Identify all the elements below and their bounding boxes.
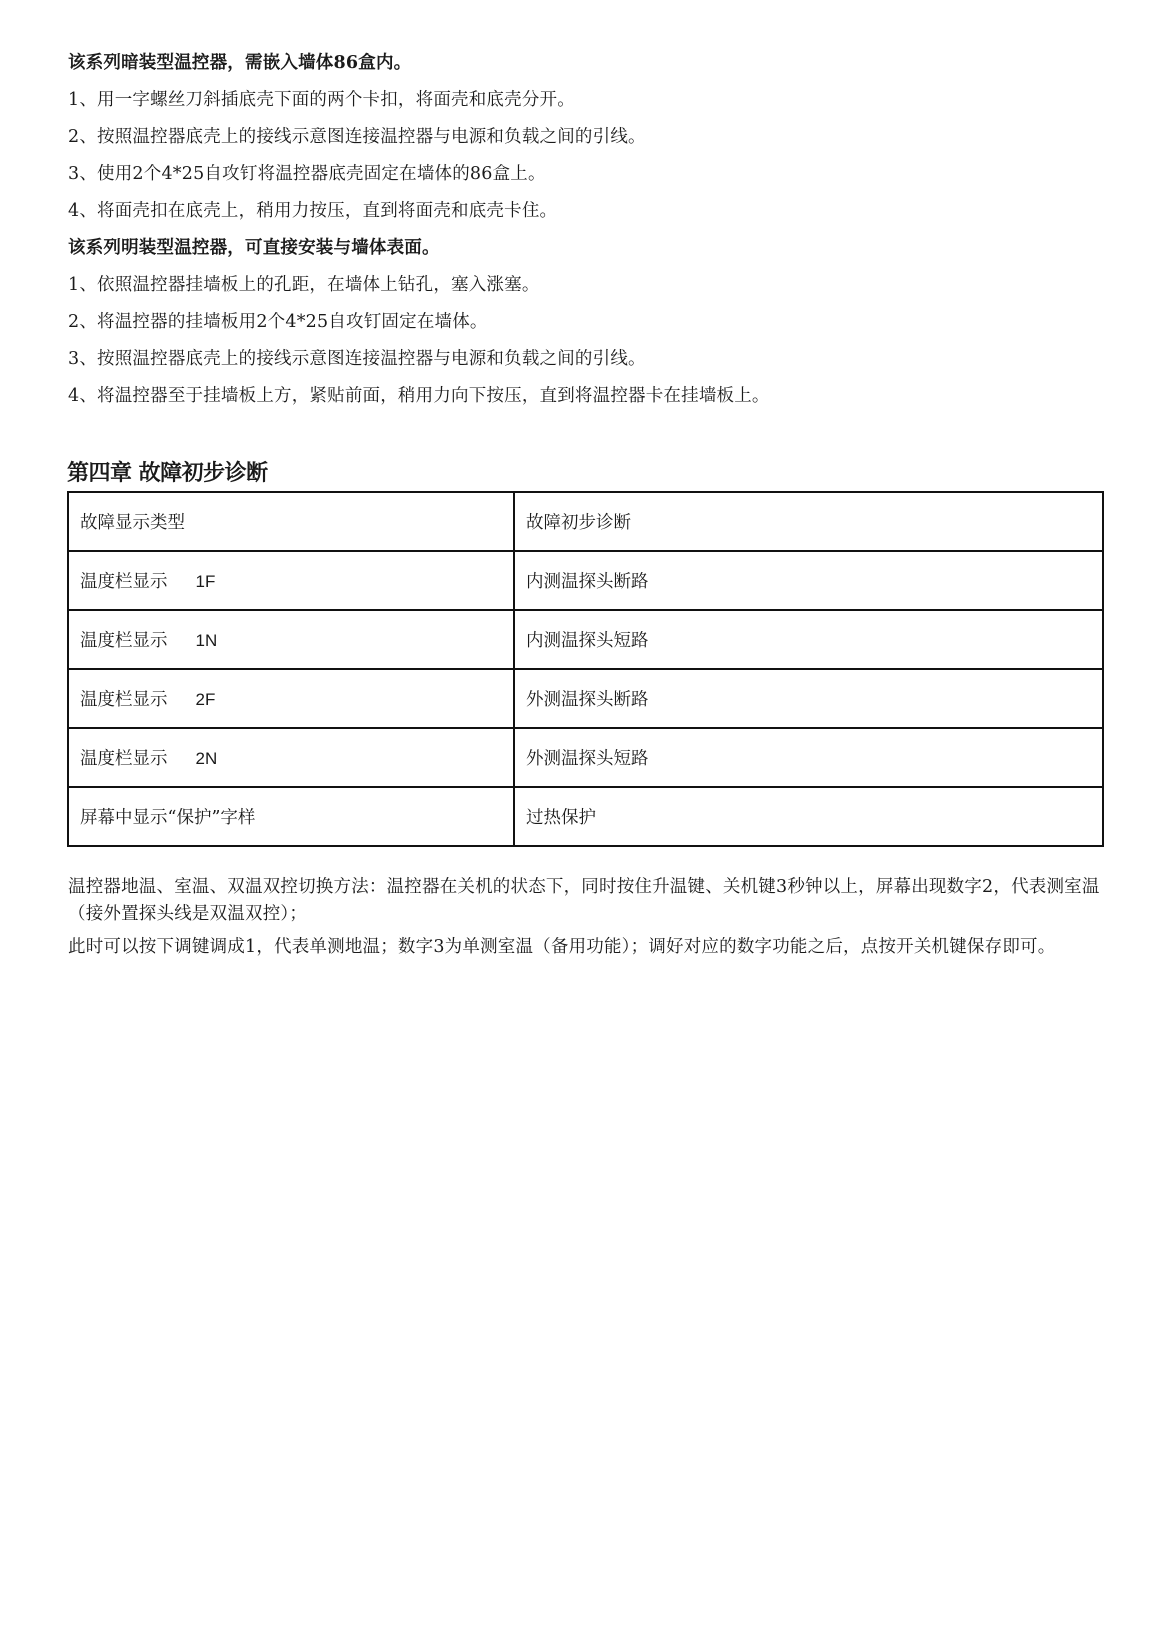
- table-row: 温度栏显示2N 外测温探头短路: [68, 728, 1103, 787]
- fault-code: 1N: [196, 631, 218, 650]
- surface-step-3: 3、按照温控器底壳上的接线示意图连接温控器与电源和负载之间的引线。: [68, 347, 646, 371]
- document-page: 该系列暗装型温控器，需嵌入墙体86盒内。 1、用一字螺丝刀斜插底壳下面的两个卡扣…: [0, 0, 1170, 1640]
- diagnosis-cell: 内测温探头断路: [514, 551, 1103, 610]
- surface-section-title: 该系列明装型温控器，可直接安装与墙体表面。: [68, 236, 440, 260]
- header-diagnosis: 故障初步诊断: [514, 492, 1103, 551]
- fault-type-cell: 温度栏显示1N: [68, 610, 514, 669]
- table-header-row: 故障显示类型 故障初步诊断: [68, 492, 1103, 551]
- diagnosis-cell: 外测温探头断路: [514, 669, 1103, 728]
- fault-type-cell: 温度栏显示1F: [68, 551, 514, 610]
- table-row: 屏幕中显示“保护”字样 过热保护: [68, 787, 1103, 846]
- concealed-step-3: 3、使用2个4*25自攻钉将温控器底壳固定在墙体的86盒上。: [68, 162, 546, 186]
- fault-code: 2N: [196, 749, 218, 768]
- fault-type-label: 温度栏显示: [80, 631, 168, 651]
- fault-type-label: 屏幕中显示“保护”字样: [80, 808, 255, 828]
- surface-step-2: 2、将温控器的挂墙板用2个4*25自攻钉固定在墙体。: [68, 310, 488, 334]
- chapter-heading: 第四章 故障初步诊断: [67, 456, 268, 487]
- table-row: 温度栏显示2F 外测温探头断路: [68, 669, 1103, 728]
- fault-type-cell: 屏幕中显示“保护”字样: [68, 787, 514, 846]
- fault-code: 1F: [196, 572, 216, 591]
- header-fault-type: 故障显示类型: [68, 492, 514, 551]
- fault-type-cell: 温度栏显示2N: [68, 728, 514, 787]
- concealed-step-2: 2、按照温控器底壳上的接线示意图连接温控器与电源和负载之间的引线。: [68, 125, 646, 149]
- concealed-step-4: 4、将面壳扣在底壳上，稍用力按压，直到将面壳和底壳卡住。: [68, 199, 557, 223]
- diagnosis-cell: 内测温探头短路: [514, 610, 1103, 669]
- diagnosis-cell: 外测温探头短路: [514, 728, 1103, 787]
- fault-type-label: 温度栏显示: [80, 749, 168, 769]
- table-row: 温度栏显示1F 内测温探头断路: [68, 551, 1103, 610]
- fault-type-label: 温度栏显示: [80, 572, 168, 592]
- mode-select-note: 此时可以按下调键调成1，代表单测地温；数字3为单测室温（备用功能）；调好对应的数…: [68, 934, 1108, 961]
- surface-step-1: 1、依照温控器挂墙板上的孔距，在墙体上钻孔，塞入涨塞。: [68, 273, 540, 297]
- mode-switch-note: 温控器地温、室温、双温双控切换方法：温控器在关机的状态下，同时按住升温键、关机键…: [68, 874, 1108, 928]
- table-row: 温度栏显示1N 内测温探头短路: [68, 610, 1103, 669]
- diagnosis-cell: 过热保护: [514, 787, 1103, 846]
- concealed-step-1: 1、用一字螺丝刀斜插底壳下面的两个卡扣，将面壳和底壳分开。: [68, 88, 575, 112]
- concealed-section-title: 该系列暗装型温控器，需嵌入墙体86盒内。: [68, 51, 411, 75]
- fault-diagnosis-table: 故障显示类型 故障初步诊断 温度栏显示1F 内测温探头断路 温度栏显示1N 内测…: [67, 491, 1104, 847]
- fault-type-label: 温度栏显示: [80, 690, 168, 710]
- fault-type-cell: 温度栏显示2F: [68, 669, 514, 728]
- fault-code: 2F: [196, 690, 216, 709]
- surface-step-4: 4、将温控器至于挂墙板上方，紧贴前面，稍用力向下按压，直到将温控器卡在挂墙板上。: [68, 384, 770, 408]
